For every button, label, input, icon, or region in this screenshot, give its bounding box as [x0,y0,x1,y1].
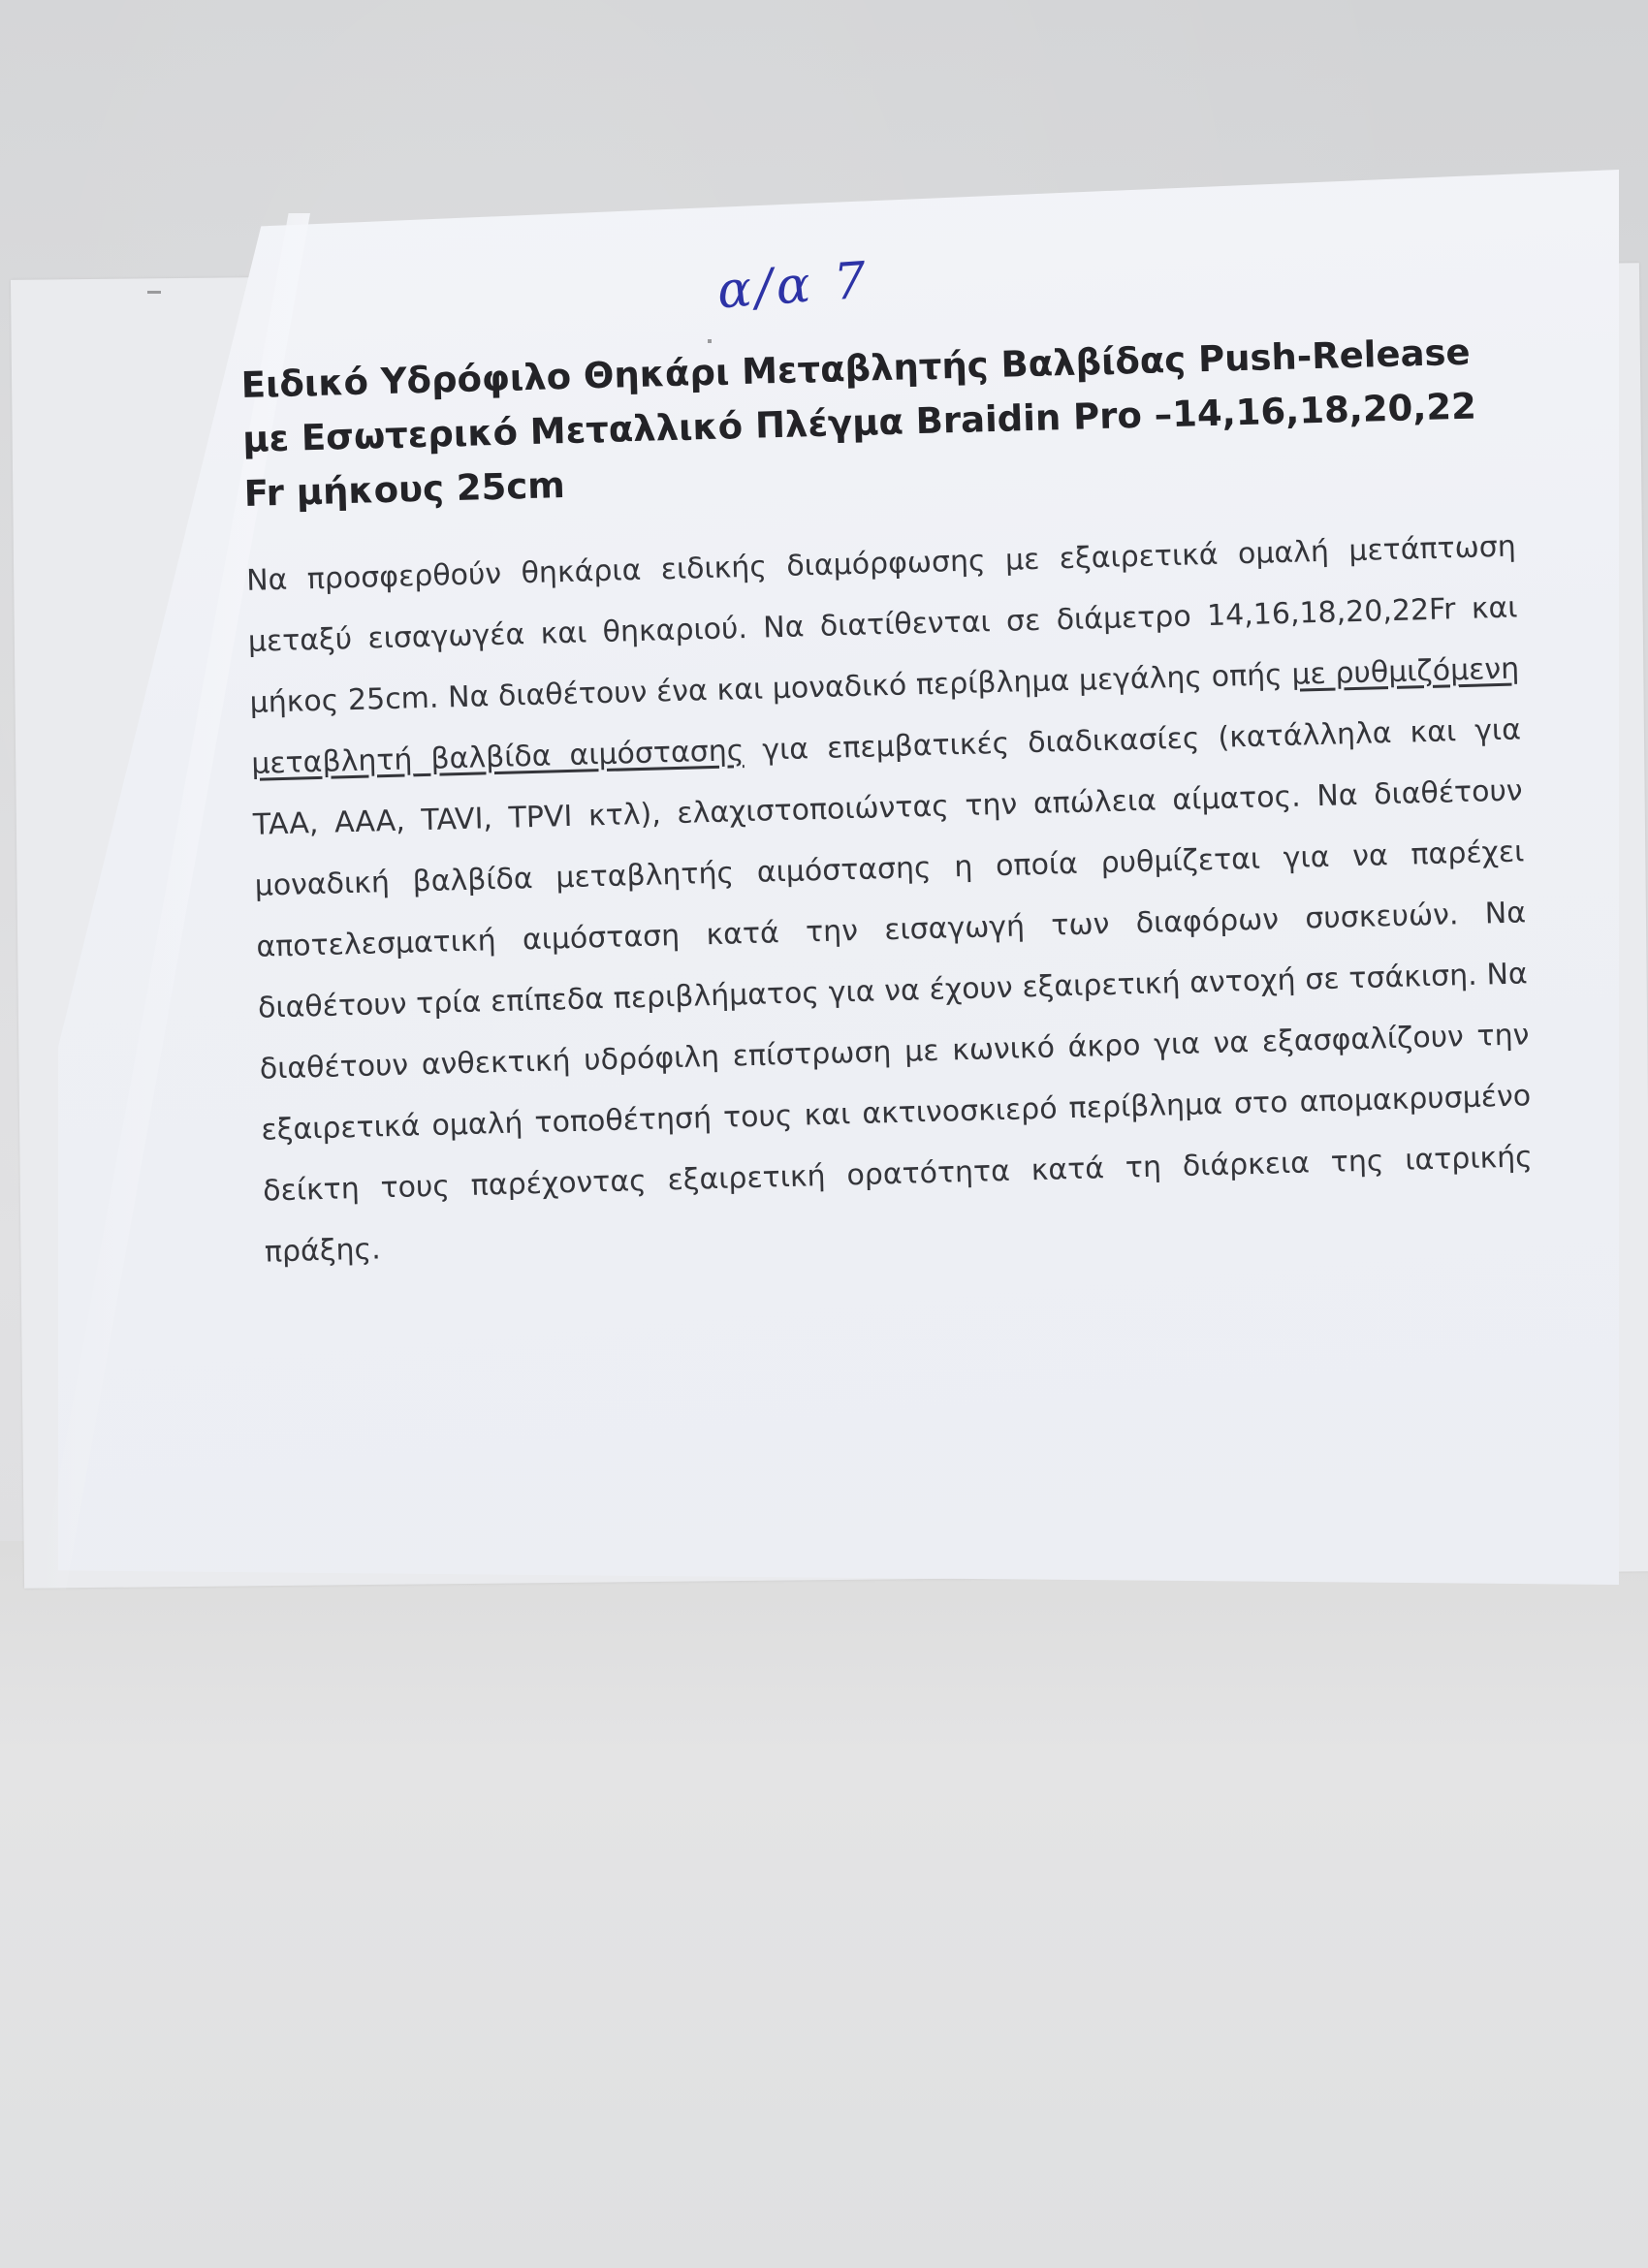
title-line-3: Fr μήκους 25cm [243,464,565,515]
scanner-lid-area [0,1541,1648,2268]
handwritten-item-number: α/α 7 [715,252,872,321]
document-title: Ειδικό Υδρόφιλο Θηκάρι Μεταβλητής Βαλβίδ… [240,325,1514,521]
document-content: Ειδικό Υδρόφιλο Θηκάρι Μεταβλητής Βαλβίδ… [240,325,1536,1312]
paragraph-text-end: για επεμβατικές διαδικασίες (κατάλληλα κ… [253,712,1534,1269]
paragraph-text-start: Να προσφερθούν θηκάρια ειδικής διαμόρφωσ… [246,529,1518,719]
scan-speck [147,291,161,294]
specification-paragraph: Να προσφερθούν θηκάρια ειδικής διαμόρφωσ… [245,516,1535,1282]
scan-speck [708,339,712,343]
